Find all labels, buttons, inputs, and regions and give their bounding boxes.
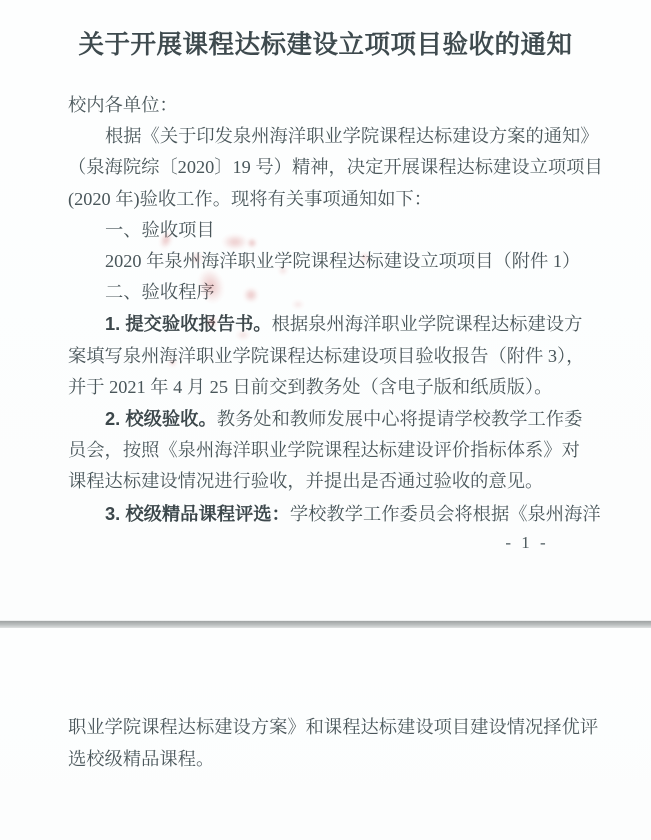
section-1-body: 2020 年泉州海洋职业学院课程达标建设立项项目（附件 1）	[68, 246, 621, 277]
section-1-heading: 一、验收项目	[68, 215, 621, 246]
item-1-lead: 1. 提交验收报告书。	[105, 313, 272, 334]
item-2-lead: 2. 校级验收。	[105, 408, 217, 429]
item-2: 2. 校级验收。教务处和教师发展中心将提请学校教学工作委 员会，按照《泉州海洋职…	[68, 403, 621, 498]
scanned-notice-document: 关于开展课程达标建设立项项目验收的通知 校内各单位： 根据《关于印发泉州海洋职业…	[0, 0, 651, 840]
continuation-paragraph: 职业学院课程达标建设方案》和课程达标建设项目建设情况择优评 选校级精品课程。	[68, 712, 621, 775]
intro-paragraph: 根据《关于印发泉州海洋职业学院课程达标建设方案的通知》 （泉海院综〔2020〕1…	[68, 121, 621, 215]
page-gap-divider	[0, 620, 651, 628]
page-number: - 1 -	[467, 533, 587, 553]
section-2-heading: 二、验收程序	[68, 277, 621, 308]
page-1: 关于开展课程达标建设立项项目验收的通知 校内各单位： 根据《关于印发泉州海洋职业…	[0, 0, 651, 620]
item-3: 3. 校级精品课程评选：学校教学工作委员会将根据《泉州海洋	[68, 498, 621, 530]
page-1-body: 校内各单位： 根据《关于印发泉州海洋职业学院课程达标建设方案的通知》 （泉海院综…	[0, 64, 651, 530]
item-3-text: 学校教学工作委员会将根据《泉州海洋	[290, 504, 601, 524]
salutation: 校内各单位：	[68, 90, 621, 121]
item-1: 1. 提交验收报告书。根据泉州海洋职业学院课程达标建设方 案填写泉州海洋职业学院…	[68, 308, 621, 403]
item-3-lead: 3. 校级精品课程评选：	[105, 503, 290, 524]
page-2-body: 职业学院课程达标建设方案》和课程达标建设项目建设情况择优评 选校级精品课程。	[0, 628, 651, 775]
page-2: 职业学院课程达标建设方案》和课程达标建设项目建设情况择优评 选校级精品课程。	[0, 628, 651, 840]
document-title: 关于开展课程达标建设立项项目验收的通知	[0, 0, 651, 64]
